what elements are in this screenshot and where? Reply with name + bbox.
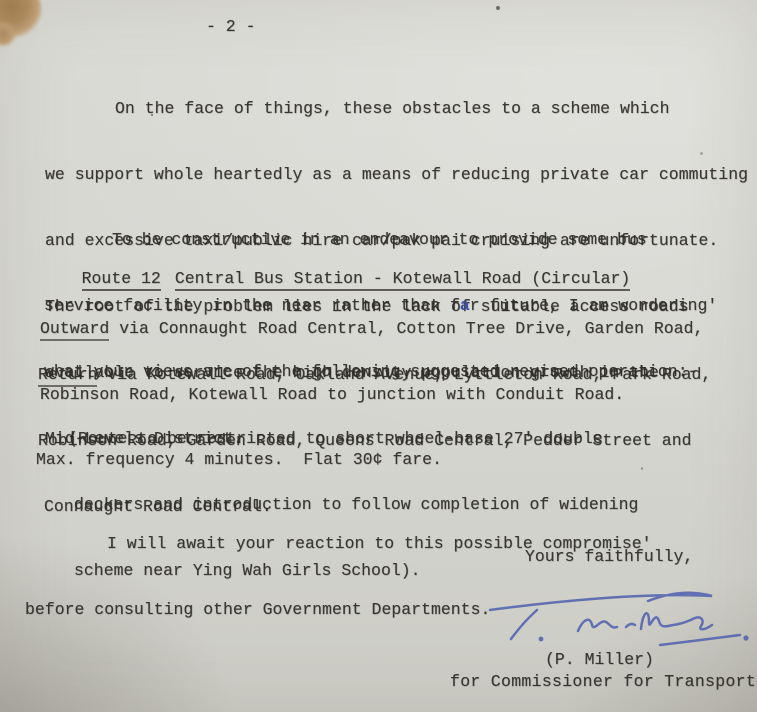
- text-line: (Route to be restricted to short wheel-b…: [68, 428, 638, 450]
- page-number: - 2 -: [206, 16, 256, 38]
- text-line: we support whole heartedly as a means of…: [45, 164, 748, 186]
- scanned-letter-page: - 2 - On the face of things, these obsta…: [0, 0, 757, 712]
- signature-title-typed: for Commissioner for Transport: [450, 671, 756, 693]
- text-line: Return via Kotewall Road, Oakland Avenue…: [38, 364, 711, 386]
- frequency-line: Max. frequency 4 minutes. Flat 30¢ fare.: [36, 449, 442, 471]
- valediction: Yours faithfully,: [525, 546, 693, 568]
- ink-speck: [496, 6, 500, 10]
- signature-name-typed: (P. Miller): [545, 649, 654, 671]
- signature-handwritten-ink: [420, 575, 757, 660]
- text-segment: via Kotewall Road, Oakland Avenue, Lyttl…: [97, 365, 711, 384]
- text-line: On the face of things, these obstacles t…: [115, 98, 748, 120]
